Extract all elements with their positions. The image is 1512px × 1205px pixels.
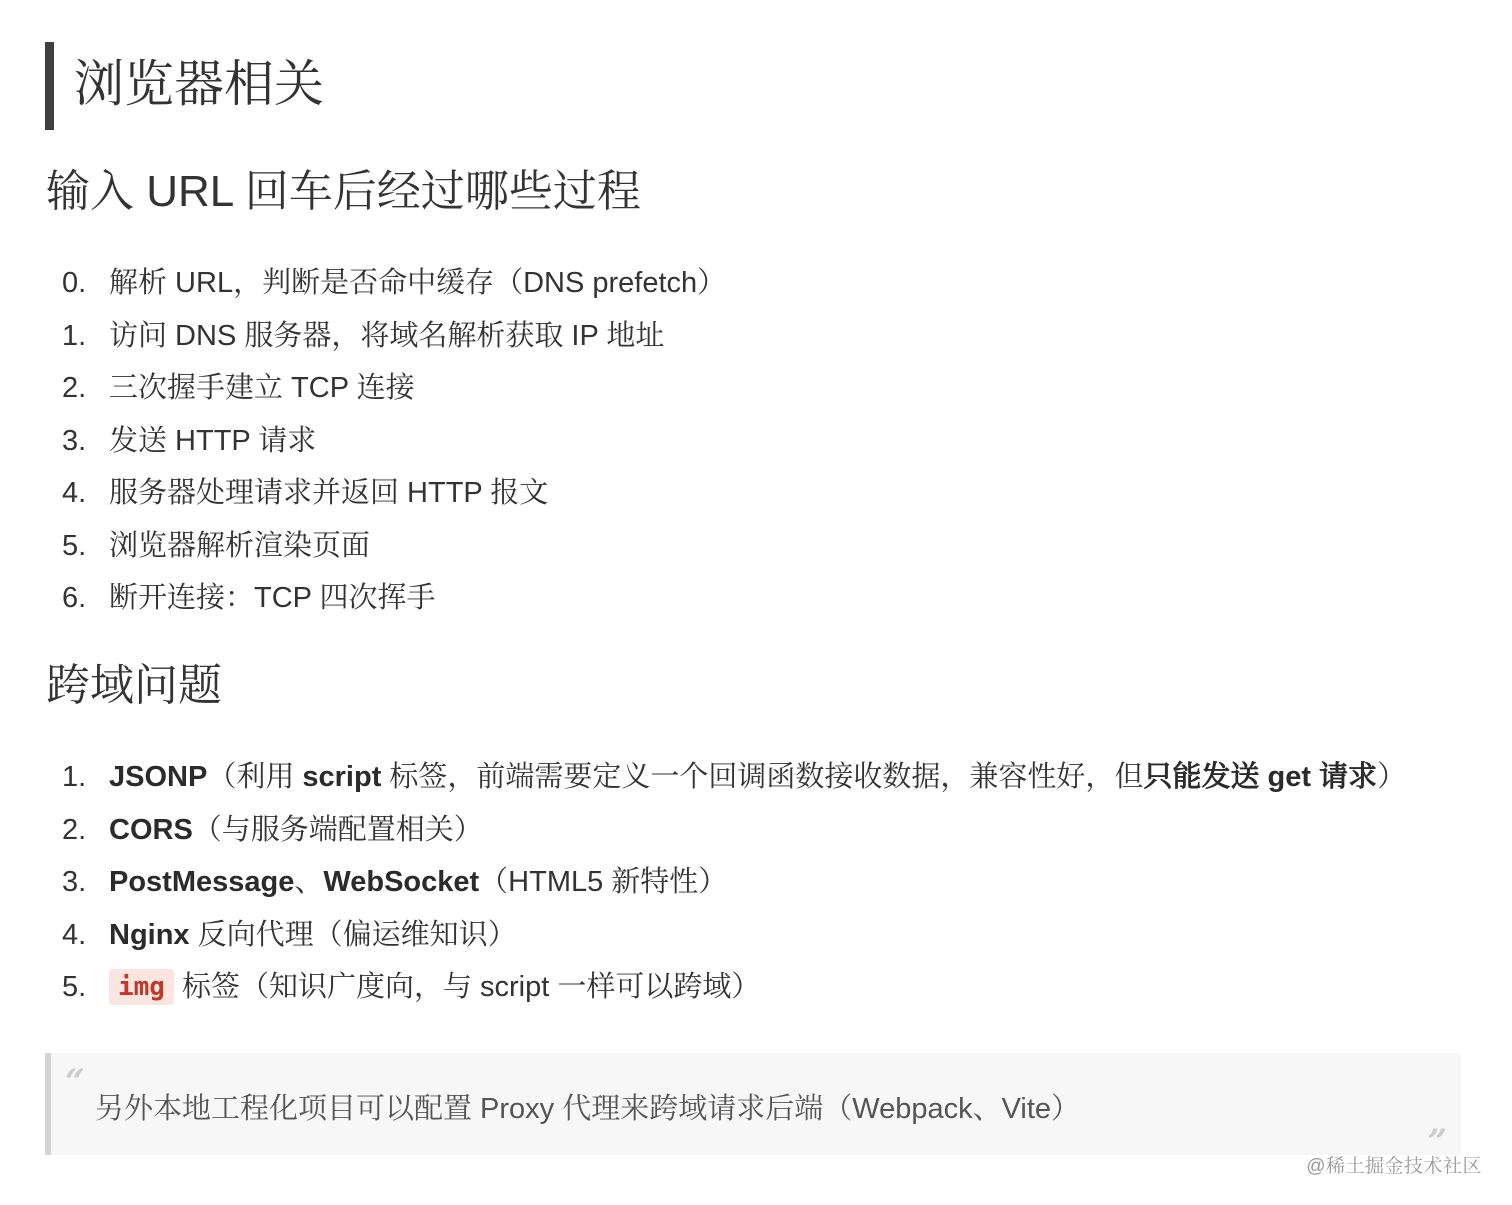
list-item-img: 5.img标签（知识广度向，与 script 一样可以跨域） [62, 961, 1406, 1014]
bold-term: 只能发送 get 请求 [1143, 751, 1377, 803]
list-item: 5.浏览器解析渲染页面 [62, 520, 726, 573]
list-number: 6. [62, 572, 109, 624]
page-title: 浏览器相关 [45, 42, 324, 130]
bold-term: script [302, 751, 381, 803]
bold-term: PostMessage [109, 856, 294, 908]
url-process-list: 0.解析 URL，判断是否命中缓存（DNS prefetch） 1.访问 DNS… [62, 257, 726, 625]
list-item: 4.服务器处理请求并返回 HTTP 报文 [62, 467, 726, 520]
bold-term: WebSocket [323, 856, 479, 908]
list-text: 浏览器解析渲染页面 [109, 520, 370, 572]
bold-term: Nginx [109, 909, 190, 961]
list-item: 1.访问 DNS 服务器，将域名解析获取 IP 地址 [62, 310, 726, 363]
list-item-jsonp: 1.JSONP（利用 script 标签，前端需要定义一个回调函数接收数据，兼容… [62, 751, 1406, 804]
section-heading-cors: 跨域问题 [46, 658, 222, 714]
list-number: 1. [62, 751, 109, 803]
list-text: 反向代理（偏运维知识） [190, 909, 517, 961]
bold-term: CORS [109, 804, 193, 856]
list-number: 2. [62, 362, 109, 414]
list-text: 标签（知识广度向，与 script 一样可以跨域） [182, 961, 760, 1013]
list-text: 标签，前端需要定义一个回调函数接收数据，兼容性好，但 [381, 751, 1143, 803]
list-text: 访问 DNS 服务器，将域名解析获取 IP 地址 [109, 310, 664, 362]
blockquote: “ 另外本地工程化项目可以配置 Proxy 代理来跨域请求后端（Webpack、… [45, 1053, 1461, 1155]
list-item: 3.发送 HTTP 请求 [62, 415, 726, 468]
list-text: 解析 URL，判断是否命中缓存（DNS prefetch） [109, 257, 726, 309]
list-item-nginx: 4.Nginx 反向代理（偏运维知识） [62, 909, 1406, 962]
open-quote-icon: “ [65, 1065, 85, 1099]
watermark: @稀土掘金技术社区 [1306, 1151, 1482, 1178]
blockquote-text: 另外本地工程化项目可以配置 Proxy 代理来跨域请求后端（Webpack、Vi… [95, 1089, 1080, 1129]
list-item-postmessage: 3.PostMessage、WebSocket（HTML5 新特性） [62, 856, 1406, 909]
list-number: 4. [62, 909, 109, 961]
list-text: 发送 HTTP 请求 [109, 415, 316, 467]
list-item: 0.解析 URL，判断是否命中缓存（DNS prefetch） [62, 257, 726, 310]
list-text: 服务器处理请求并返回 HTTP 报文 [109, 467, 548, 519]
list-text: ） [1377, 751, 1406, 803]
list-number: 3. [62, 415, 109, 467]
list-number: 2. [62, 804, 109, 856]
list-text: （与服务端配置相关） [193, 804, 483, 856]
list-text: 、 [294, 856, 323, 908]
list-number: 3. [62, 856, 109, 908]
list-item-cors: 2.CORS（与服务端配置相关） [62, 804, 1406, 857]
list-text: （HTML5 新特性） [479, 856, 727, 908]
list-text: 三次握手建立 TCP 连接 [109, 362, 415, 414]
list-number: 5. [62, 520, 109, 572]
list-text: 断开连接：TCP 四次挥手 [109, 572, 436, 624]
list-item: 2.三次握手建立 TCP 连接 [62, 362, 726, 415]
list-number: 4. [62, 467, 109, 519]
list-number: 5. [62, 961, 109, 1013]
inline-code: img [109, 969, 174, 1005]
section-heading-url-process: 输入 URL 回车后经过哪些过程 [46, 164, 641, 220]
list-text: （利用 [207, 751, 302, 803]
list-item: 6.断开连接：TCP 四次挥手 [62, 572, 726, 625]
list-number: 0. [62, 257, 109, 309]
bold-term: JSONP [109, 751, 207, 803]
cors-list: 1.JSONP（利用 script 标签，前端需要定义一个回调函数接收数据，兼容… [62, 751, 1406, 1014]
list-number: 1. [62, 310, 109, 362]
